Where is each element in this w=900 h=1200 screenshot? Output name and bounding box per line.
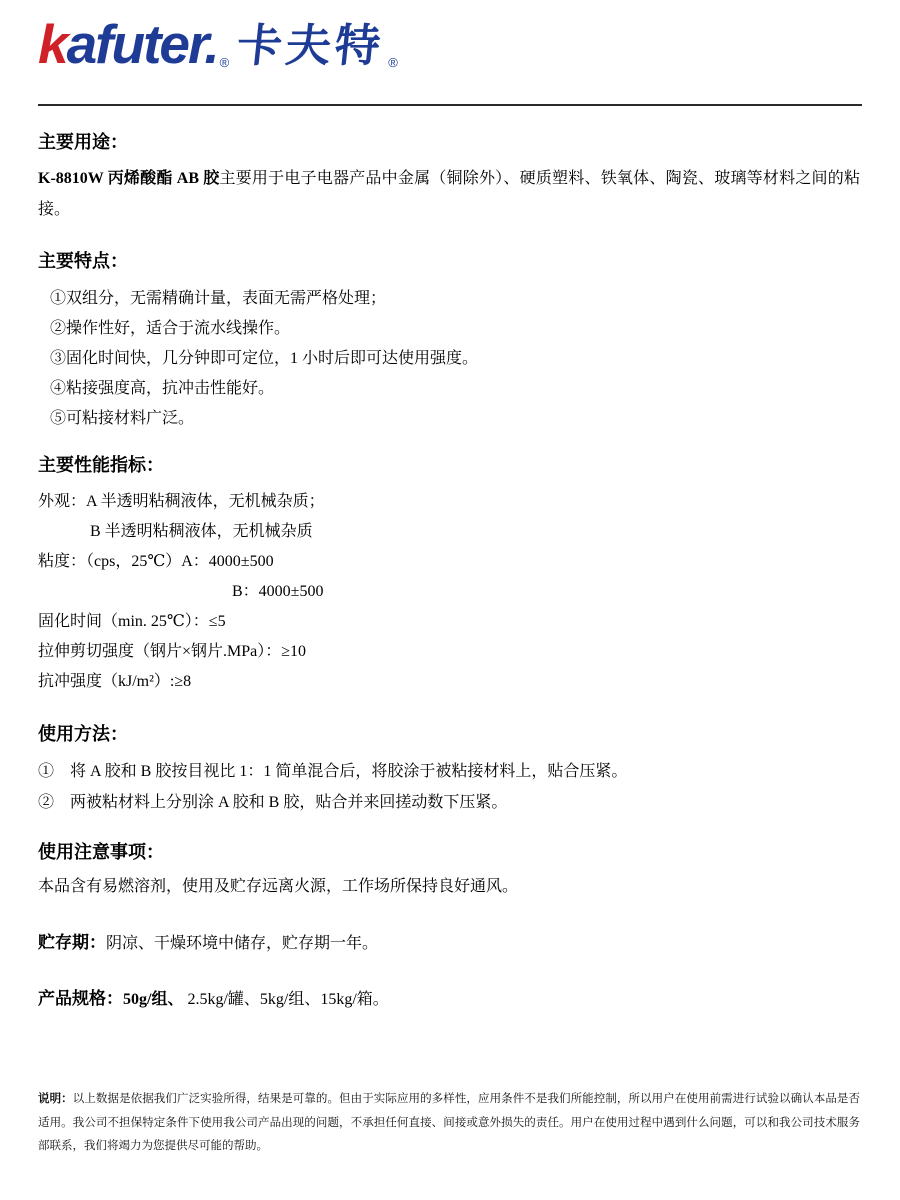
features-list: ①双组分，无需精确计量，表面无需严格处理； ②操作性好，适合于流水线操作。 ③固… xyxy=(38,284,860,434)
brand-logo: kafuter. ® 卡夫特 ® xyxy=(0,0,900,72)
method-step: ② 两被粘材料上分别涂 A 胶和 B 胶，贴合并来回搓动数下压紧。 xyxy=(38,787,860,818)
product-datasheet-page: kafuter. ® 卡夫特 ® 主要用途： K-8810W 丙烯酸酯 AB 胶… xyxy=(0,0,900,1200)
brand-wordmark: kafuter. xyxy=(38,16,218,72)
spec-appearance-a: 外观：A 半透明粘稠液体，无机械杂质； xyxy=(38,487,860,517)
caution-text: 本品含有易燃溶剂，使用及贮存远离火源，工作场所保持良好通风。 xyxy=(38,872,860,902)
specs-heading: 主要性能指标： xyxy=(38,453,860,477)
product-spec-line: 产品规格：50g/组、 2.5kg/罐、5kg/组、15kg/箱。 xyxy=(38,984,860,1015)
storage-period-line: 贮存期：阴凉、干燥环境中储存，贮存期一年。 xyxy=(38,928,860,959)
spec-cure-time: 固化时间（min. 25℃）：≤5 xyxy=(38,607,860,637)
feature-item: ④粘接强度高，抗冲击性能好。 xyxy=(38,374,860,404)
storage-label: 贮存期： xyxy=(38,933,106,952)
brand-k-letter: k xyxy=(38,13,67,75)
usage-paragraph: K-8810W 丙烯酸酯 AB 胶主要用于电子电器产品中金属（铜除外）、硬质塑料… xyxy=(38,163,860,225)
registered-mark-icon: ® xyxy=(220,56,230,69)
usage-heading: 主要用途： xyxy=(38,130,860,154)
method-heading: 使用方法： xyxy=(38,722,860,746)
section-features: 主要特点： ①双组分，无需精确计量，表面无需严格处理； ②操作性好，适合于流水线… xyxy=(38,249,860,434)
specs-list: 外观：A 半透明粘稠液体，无机械杂质； B 半透明粘稠液体，无机械杂质 粘度：（… xyxy=(38,487,860,697)
package-rest: 2.5kg/罐、5kg/组、15kg/箱。 xyxy=(183,991,388,1008)
caution-heading: 使用注意事项： xyxy=(38,840,860,864)
feature-item: ①双组分，无需精确计量，表面无需严格处理； xyxy=(38,284,860,314)
feature-item: ②操作性好，适合于流水线操作。 xyxy=(38,314,860,344)
disclaimer-note: 说明：以上数据是依据我们广泛实验所得，结果是可靠的。但由于实际应用的多样性，应用… xyxy=(38,1088,860,1159)
method-list: ① 将 A 胶和 B 胶按目视比 1：1 简单混合后，将胶涂于被粘接材料上，贴合… xyxy=(38,756,860,818)
registered-mark-icon: ® xyxy=(388,56,398,69)
document-body: 主要用途： K-8810W 丙烯酸酯 AB 胶主要用于电子电器产品中金属（铜除外… xyxy=(0,130,900,1159)
spec-impact-strength: 抗冲强度（kJ/m²）:≥8 xyxy=(38,667,860,697)
package-bold-values: 50g/组、 xyxy=(123,991,183,1008)
spec-shear-strength: 拉伸剪切强度（钢片×钢片.MPa）：≥10 xyxy=(38,637,860,667)
section-performance-specs: 主要性能指标： 外观：A 半透明粘稠液体，无机械杂质； B 半透明粘稠液体，无机… xyxy=(38,453,860,697)
disclaimer-text: 以上数据是依据我们广泛实验所得，结果是可靠的。但由于实际应用的多样性，应用条件不… xyxy=(38,1093,860,1152)
feature-item: ⑤可粘接材料广泛。 xyxy=(38,404,860,434)
method-step: ① 将 A 胶和 B 胶按目视比 1：1 简单混合后，将胶涂于被粘接材料上，贴合… xyxy=(38,756,860,787)
section-precautions: 使用注意事项： 本品含有易燃溶剂，使用及贮存远离火源，工作场所保持良好通风。 xyxy=(38,840,860,902)
spec-viscosity-b: B：4000±500 xyxy=(38,577,860,607)
brand-wordmark-rest: afuter. xyxy=(67,13,218,75)
package-label: 产品规格： xyxy=(38,989,123,1008)
spec-appearance-b: B 半透明粘稠液体，无机械杂质 xyxy=(38,517,860,547)
section-main-usage: 主要用途： K-8810W 丙烯酸酯 AB 胶主要用于电子电器产品中金属（铜除外… xyxy=(38,130,860,225)
feature-item: ③固化时间快，几分钟即可定位，1 小时后即可达使用强度。 xyxy=(38,344,860,374)
header-divider xyxy=(38,104,862,106)
section-instructions: 使用方法： ① 将 A 胶和 B 胶按目视比 1：1 简单混合后，将胶涂于被粘接… xyxy=(38,722,860,818)
spec-viscosity-a: 粘度：（cps，25℃）A：4000±500 xyxy=(38,547,860,577)
features-heading: 主要特点： xyxy=(38,249,860,273)
brand-chinese-name: 卡夫特 xyxy=(235,20,387,72)
product-name-bold: K-8810W 丙烯酸酯 AB 胶 xyxy=(38,170,219,187)
storage-text: 阴凉、干燥环境中储存，贮存期一年。 xyxy=(106,935,378,952)
disclaimer-label: 说明： xyxy=(38,1093,73,1105)
